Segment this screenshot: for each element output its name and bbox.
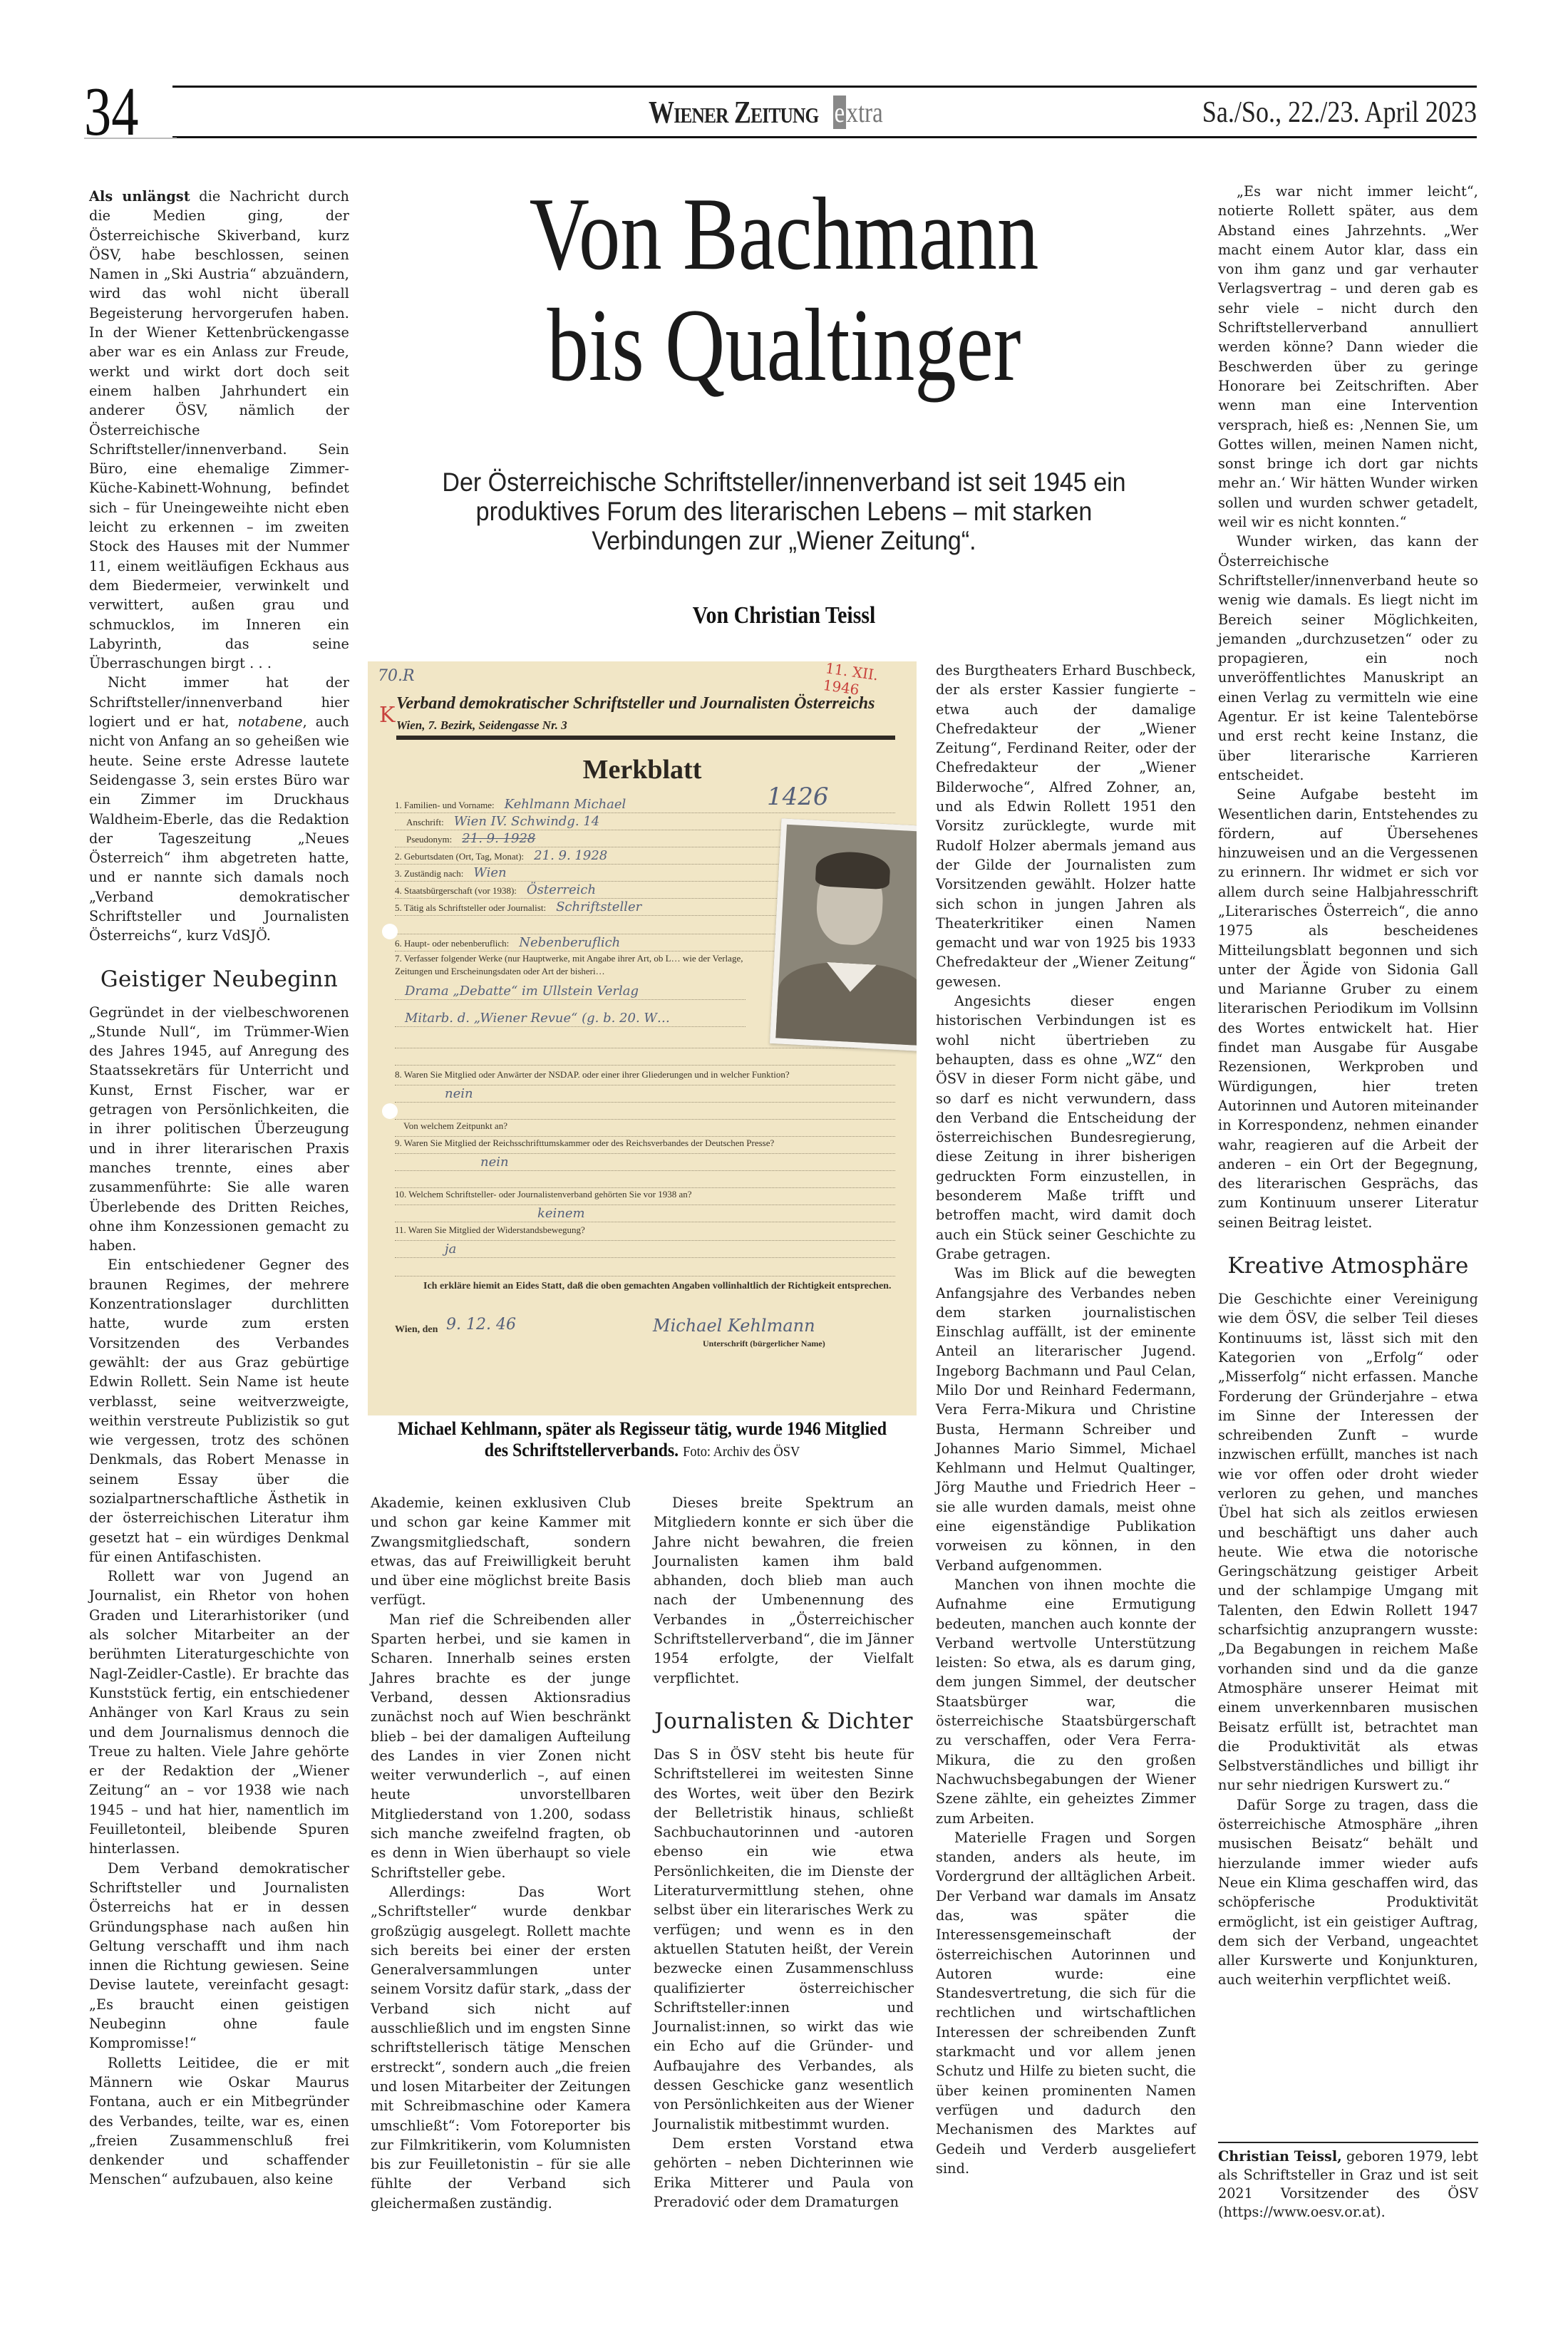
author-name: Christian Teissl, — [1218, 2148, 1342, 2165]
article-column-3: Dieses breite Spektrum an Mitgliedern ko… — [654, 1493, 914, 2212]
form-field: ja — [395, 1242, 895, 1258]
paragraph: Nicht immer hat der Schriftsteller/innen… — [89, 673, 349, 945]
paragraph: Angesichts dieser engen historischen Ver… — [936, 991, 1196, 1264]
masthead-extra-rest: xtra — [847, 96, 883, 129]
article-byline: Von Christian Teissl — [421, 602, 1148, 629]
paragraph: „Es war nicht immer leicht“, notierte Ro… — [1218, 182, 1478, 532]
signature: Michael Kehlmann — [653, 1316, 815, 1336]
form-blank-line — [395, 1103, 895, 1120]
field-value: Österreich — [527, 882, 596, 897]
field-value: Drama „Debatte“ im Ullstein Verlag — [405, 984, 639, 999]
photo-credit: Foto: Archiv des ÖSV — [683, 1444, 800, 1460]
portrait-photo — [770, 818, 917, 1051]
masthead-logo: Wiener Zeitung extra — [649, 94, 894, 130]
field-value: nein — [445, 1086, 473, 1101]
field-label: 4. Staatsbürgerschaft (vor 1938): — [395, 885, 517, 896]
field-value: Wien IV. Schwindg. 14 — [454, 814, 599, 829]
subheading: Journalisten & Dichter — [654, 1709, 914, 1733]
form-field: 7. Verfasser folgender Werke (nur Hauptw… — [395, 952, 753, 981]
form-field: 10. Welchem Schriftsteller- oder Journal… — [395, 1189, 895, 1205]
form-field: nein — [395, 1155, 895, 1171]
place-date-label: Wien, den — [395, 1324, 438, 1336]
article-subtitle: Der Österreichische Schriftsteller/innen… — [430, 468, 1138, 555]
header-rule-top — [172, 86, 1477, 88]
caption-text: Michael Kehlmann, später als Regisseur t… — [398, 1418, 887, 1460]
article-column-4: des Burgtheaters Erhard Buschbeck, der a… — [936, 661, 1196, 2178]
paragraph: Rollett war von Jugend an Journalist, ei… — [89, 1567, 349, 1858]
paragraph: Als unlängst die Nachricht durch die Med… — [89, 187, 349, 673]
field-label: 1. Familien- und Vorname: — [395, 800, 495, 810]
form-blank-line — [395, 1260, 895, 1276]
paragraph: Rolletts Leitidee, die er mit Männern wi… — [89, 2053, 349, 2189]
author-note-divider — [1218, 2142, 1478, 2143]
field-label: 5. Tätig als Schriftsteller oder Journal… — [395, 902, 546, 913]
form-field: 11. Waren Sie Mitglied der Widerstandsbe… — [395, 1224, 895, 1241]
paragraph: Das S in ÖSV steht bis heute für Schrift… — [654, 1745, 914, 2134]
field-value: 21. 9. 1928 — [534, 848, 607, 863]
paragraph: Man rief die Schreibenden aller Sparten … — [371, 1610, 631, 1882]
figure-caption: Michael Kehlmann, später als Regisseur t… — [390, 1418, 894, 1463]
field-label: Anschrift: — [406, 817, 444, 827]
form-blank-line — [395, 1172, 895, 1188]
form-field: keinem — [395, 1206, 895, 1222]
paragraph: Dieses breite Spektrum an Mitgliedern ko… — [654, 1493, 914, 1688]
form-field: 8. Waren Sie Mitglied oder Anwärter der … — [395, 1069, 895, 1085]
paragraph: Akademie, keinen exklusiven Club und sch… — [371, 1493, 631, 1610]
form-field: Drama „Debatte“ im Ullstein Verlag — [395, 984, 746, 1000]
masthead-extra: extra — [833, 96, 883, 129]
field-label: 3. Zuständig nach: — [395, 868, 463, 879]
paragraph-text: , auch nicht von Anfang an so geheißen w… — [89, 713, 349, 944]
article-column-2: Akademie, keinen exklusiven Club und sch… — [371, 1493, 631, 2213]
article-headline: Von Bachmannbis Qualtinger — [453, 178, 1115, 401]
field-value: keinem — [537, 1206, 585, 1221]
paragraph: Materielle Fragen und Sorgen standen, an… — [936, 1828, 1196, 2178]
document-organization: Verband demokratischer Schriftsteller un… — [396, 694, 875, 713]
subheading: Kreative Atmosphäre — [1218, 1254, 1478, 1278]
headline-line-2: bis Qualtinger — [547, 287, 1021, 403]
corner-note: 70.R — [378, 667, 415, 685]
field-value: ja — [445, 1242, 456, 1257]
declaration-text: Ich erkläre hiemit an Eides Statt, daß d… — [395, 1280, 895, 1292]
form-field: Von welchem Zeitpunkt an? — [395, 1120, 895, 1137]
author-note: Christian Teissl, geboren 1979, lebt als… — [1218, 2147, 1478, 2222]
field-label: 2. Geburtsdaten (Ort, Tag, Monat): — [395, 851, 524, 862]
lead-in: Als unlängst — [89, 188, 190, 205]
paragraph: Seine Aufgabe besteht im Wesentlichen da… — [1218, 785, 1478, 1232]
italic-term: notabene — [237, 713, 302, 730]
article-column-5: „Es war nicht immer leicht“, notierte Ro… — [1218, 182, 1478, 1990]
punch-hole — [382, 1103, 398, 1119]
form-blank-line — [395, 1049, 895, 1066]
subheading: Geistiger Neubeginn — [89, 967, 349, 991]
paragraph: Dem Verband demokratischer Schriftstelle… — [89, 1859, 349, 2053]
field-label: 6. Haupt- oder nebenberuflich: — [395, 938, 509, 949]
headline-line-1: Von Bachmann — [530, 176, 1039, 292]
signature-label: Unterschrift (bürgerlicher Name) — [703, 1339, 825, 1349]
punch-hole — [382, 924, 398, 939]
form-field: Mitarb. d. „Wiener Revue“ (g. b. 20. W… — [395, 1011, 746, 1027]
field-value: nein — [480, 1155, 509, 1170]
page-number: 34 — [84, 77, 138, 147]
field-value: Nebenberuflich — [519, 935, 620, 950]
masthead-title: Wiener Zeitung — [649, 94, 819, 130]
header-rule-bottom — [172, 136, 1477, 138]
document-divider — [396, 736, 895, 740]
paragraph: Dafür Sorge zu tragen, dass die österrei… — [1218, 1795, 1478, 1990]
paragraph: Die Geschichte einer Vereinigung wie dem… — [1218, 1289, 1478, 1795]
paragraph: Manchen von ihnen mochte die Aufnahme ei… — [936, 1575, 1196, 1828]
portrait-hair — [815, 850, 891, 889]
paragraph: Gegründet in der vielbeschworenen „Stund… — [89, 1003, 349, 1256]
paragraph: Dem ersten Vorstand etwa gehörten – nebe… — [654, 2134, 914, 2212]
field-value: 21. 9. 1928 — [462, 831, 535, 846]
document-title: Merkblatt — [368, 754, 917, 785]
form-field: 9. Waren Sie Mitglied der Reichsschriftt… — [395, 1138, 895, 1154]
paragraph: Allerdings: Das Wort „Schriftsteller“ wu… — [371, 1882, 631, 2213]
article-column-1: Als unlängst die Nachricht durch die Med… — [89, 187, 349, 2189]
field-value: Schriftsteller — [556, 899, 641, 914]
archival-document-photo: 70.R K 11. XII. 1946 Verband demokratisc… — [368, 661, 917, 1415]
field-value: Mitarb. d. „Wiener Revue“ (g. b. 20. W… — [405, 1011, 670, 1026]
paragraph: Wunder wirken, das kann der Österreichis… — [1218, 532, 1478, 785]
masthead-extra-initial: e — [833, 96, 846, 129]
paragraph: des Burgtheaters Erhard Buschbeck, der a… — [936, 661, 1196, 991]
issue-date: Sa./So., 22./23. April 2023 — [1202, 96, 1477, 130]
corner-mark: K — [379, 703, 395, 728]
field-value: Wien — [473, 865, 506, 880]
paragraph-text: die Nachricht durch die Medien ging, der… — [89, 188, 349, 671]
paragraph: Was im Blick auf die bewegten Anfangsjah… — [936, 1264, 1196, 1575]
field-value: Kehlmann Michael — [505, 797, 626, 812]
place-date-value: 9. 12. 46 — [446, 1316, 516, 1334]
page-number-underline — [84, 138, 177, 139]
paragraph: Ein entschiedener Gegner des braunen Reg… — [89, 1255, 349, 1567]
form-field: 1. Familien- und Vorname:Kehlmann Michae… — [395, 797, 895, 813]
document-address: Wien, 7. Bezirk, Seidengasse Nr. 3 — [396, 718, 567, 733]
form-field: nein — [395, 1086, 895, 1103]
field-label: Pseudonym: — [406, 834, 452, 845]
